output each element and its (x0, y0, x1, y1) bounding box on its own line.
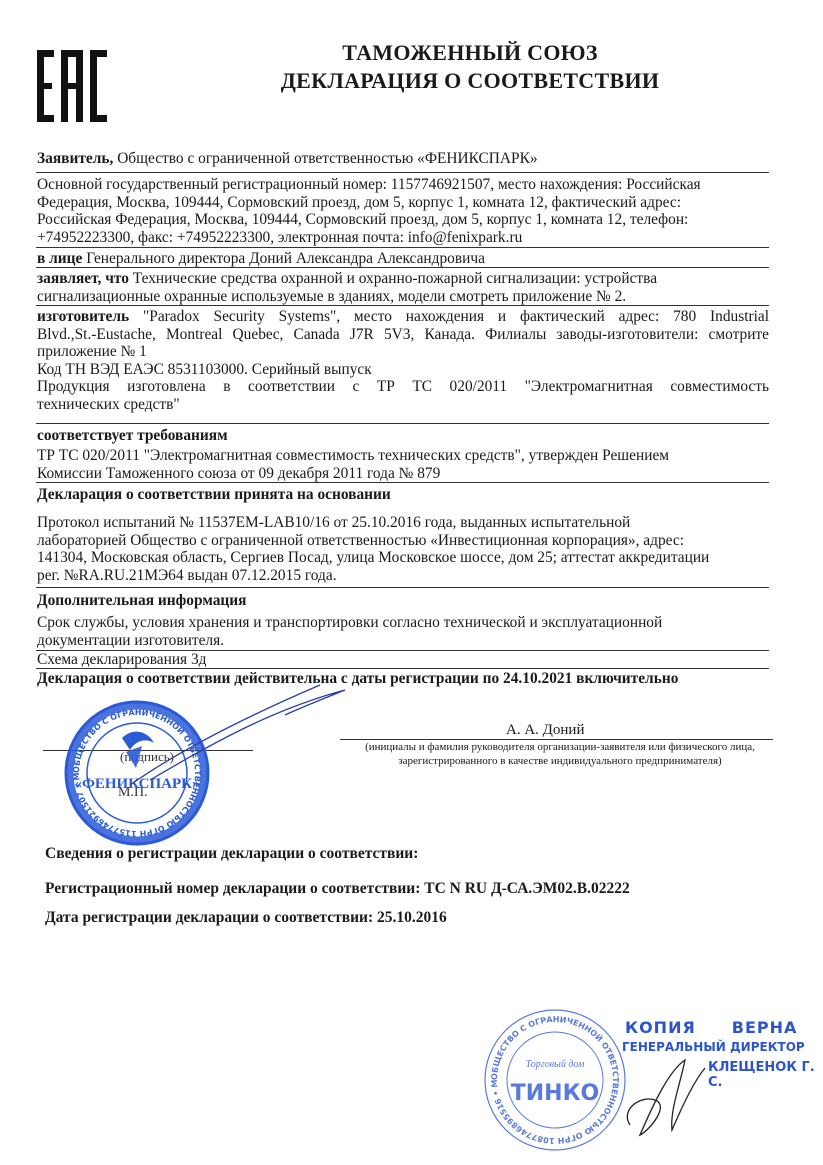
applicant-details-line: +74952223300, факс: +74952223300, электр… (37, 229, 769, 247)
divider (36, 587, 769, 588)
represented-by-row: в лице Генерального директора Доний Алек… (37, 250, 769, 268)
declaration-scheme: Схема декларирования 3д (37, 651, 769, 669)
title-declaration: ДЕКЛАРАЦИЯ О СООТВЕТСТВИИ (230, 68, 710, 94)
applicant-details-line: Федерация, Москва, 109444, Сормовский пр… (37, 194, 769, 212)
signatory-note: (инициалы и фамилия руководителя организ… (345, 740, 775, 768)
applicant-label: Заявитель, (37, 150, 113, 167)
basis-line: лабораторией Общество с ограниченной отв… (37, 532, 769, 550)
copy-signature-scribble-icon (610, 1040, 720, 1150)
copy-stamp-icon: ОБЩЕСТВО С ОГРАНИЧЕННОЙ ОТВЕТСТВЕННОСТЬЮ… (480, 1005, 630, 1155)
additional-heading: Дополнительная информация (37, 592, 769, 610)
produced-line: технических средств" (37, 396, 769, 414)
hs-code: Код ТН ВЭД ЕАЭС 8531103000. Серийный вып… (37, 361, 769, 379)
represented-by-value: Генерального директора Доний Александра … (82, 250, 485, 267)
title-customs-union: ТАМОЖЕННЫЙ СОЮЗ (230, 40, 710, 66)
divider (36, 172, 769, 173)
applicant-details: Основной государственный регистрационный… (37, 176, 769, 246)
divider (36, 423, 769, 424)
registration-date: Дата регистрации декларации о соответств… (45, 909, 447, 927)
applicant-row: Заявитель, Общество с ограниченной ответ… (37, 150, 769, 168)
additional-block: Срок службы, условия хранения и транспор… (37, 614, 769, 649)
registration-number: Регистрационный номер декларации о соотв… (45, 880, 630, 898)
applicant-details-line: Российская Федерация, Москва, 109444, Со… (37, 211, 769, 229)
basis-line: 141304, Московская область, Сергиев Поса… (37, 549, 769, 567)
declares-block: заявляет, что Технические средства охран… (37, 270, 769, 305)
applicant-value: Общество с ограниченной ответственностью… (113, 150, 537, 167)
signatory-note-line: зарегистрированного в качестве индивидуа… (345, 754, 775, 768)
manufacturer-line: Blvd.,St.-Eustache, Montreal Quebec, Can… (37, 326, 769, 344)
manufacturer-label: изготовитель (37, 308, 129, 325)
divider (36, 267, 769, 268)
divider (36, 668, 769, 669)
signatory-name: А. А. Доний (506, 722, 584, 739)
declares-line: Технические средства охранной и охранно-… (129, 270, 657, 287)
manufacturer-line: "Paradox Security Systems", место нахожд… (129, 308, 769, 325)
applicant-details-line: Основной государственный регистрационный… (37, 176, 769, 194)
represented-by-label: в лице (37, 250, 82, 267)
copy-true-label: КОПИЯВЕРНА (625, 1018, 797, 1037)
basis-line: рег. №RA.RU.21МЭ64 выдан 07.12.2015 года… (37, 567, 769, 585)
produced-line: Продукция изготовлена в соответствии с Т… (37, 378, 769, 396)
compliance-heading: соответствует требованиям (37, 427, 769, 445)
signatory-note-line: (инициалы и фамилия руководителя организ… (345, 740, 775, 754)
basis-block: Протокол испытаний № 11537EM-LAB10/16 от… (37, 514, 769, 584)
eac-logo-icon (37, 50, 107, 122)
manufacturer-line: приложение № 1 (37, 343, 769, 361)
divider (36, 247, 769, 248)
compliance-block: ТР ТС 020/2011 "Электромагнитная совмест… (37, 447, 769, 482)
compliance-line: Комиссии Таможенного союза от 09 декабря… (37, 465, 769, 483)
additional-line: Срок службы, условия хранения и транспор… (37, 614, 769, 632)
manufacturer-block: изготовитель "Paradox Security Systems",… (37, 308, 769, 413)
copy-label: КОПИЯ (625, 1018, 696, 1037)
signature-scribble-icon (120, 680, 360, 790)
true-label: ВЕРНА (732, 1018, 798, 1037)
compliance-line: ТР ТС 020/2011 "Электромагнитная совмест… (37, 447, 769, 465)
divider (36, 305, 769, 306)
declares-label: заявляет, что (37, 270, 129, 287)
stamp-brand: ТИНКО (511, 1081, 600, 1106)
divider (36, 482, 769, 483)
copy-director-name: КЛЕЩЕНОК Г. С. (708, 1060, 823, 1090)
basis-heading: Декларация о соответствии принята на осн… (37, 486, 769, 504)
declares-line: сигнализационные охранные используемые в… (37, 288, 769, 306)
registration-heading: Сведения о регистрации декларации о соот… (45, 845, 418, 863)
basis-line: Протокол испытаний № 11537EM-LAB10/16 от… (37, 514, 769, 532)
additional-line: документации изготовителя. (37, 632, 769, 650)
stamp-subtitle: Торговый дом (526, 1059, 585, 1070)
